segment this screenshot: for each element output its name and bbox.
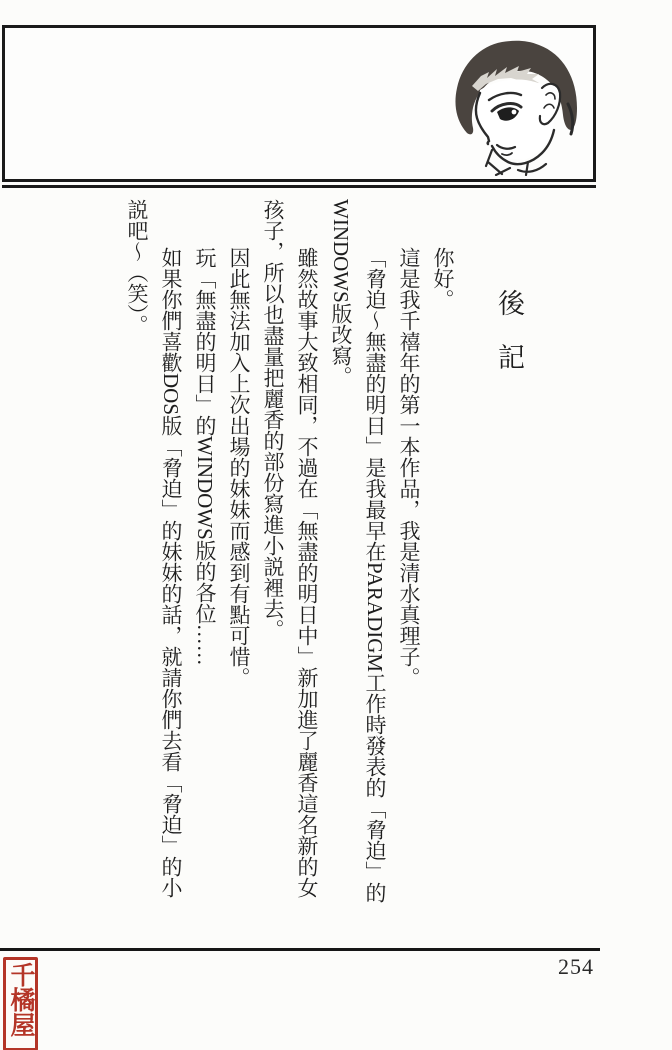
character-portrait-illustration	[441, 38, 579, 176]
afterword-line: WINDOWS版改寫。	[324, 199, 358, 904]
afterword-line: 玩「無盡的明日」的WINDOWS版的各位……	[188, 199, 222, 904]
afterword-line: 「脅迫～無盡的明日」是我最早在PARADIGM工作時發表的「脅迫」的	[358, 199, 392, 904]
afterword-text-block: 後 記 你好。 這是我千禧年的第一本作品，我是清水真理子。 「脅迫～無盡的明日」…	[100, 199, 532, 904]
publisher-seal-text: 千橘屋	[7, 960, 34, 1048]
afterword-line: 孩子，所以也盡量把麗香的部份寫進小説裡去。	[256, 199, 290, 904]
afterword-title: 後 記	[486, 199, 532, 904]
afterword-line: 因此無法加入上次出場的妹妹而感到有點可惜。	[222, 199, 256, 904]
page-bottom-rule	[0, 948, 600, 951]
afterword-line: 你好。	[426, 199, 460, 904]
afterword-line: 如果你們喜歡DOS版「脅迫」的妹妹的話，就請你們去看「脅迫」的小	[154, 199, 188, 904]
page-number: 254	[558, 954, 594, 980]
afterword-line: 雖然故事大致相同，不過在「無盡的明日中」新加進了麗香這名新的女	[290, 199, 324, 904]
header-panel	[2, 25, 596, 182]
publisher-seal: 千橘屋	[3, 957, 38, 1050]
afterword-line: 説吧～（笑）。	[120, 199, 154, 904]
afterword-line: 這是我千禧年的第一本作品，我是清水真理子。	[392, 199, 426, 904]
